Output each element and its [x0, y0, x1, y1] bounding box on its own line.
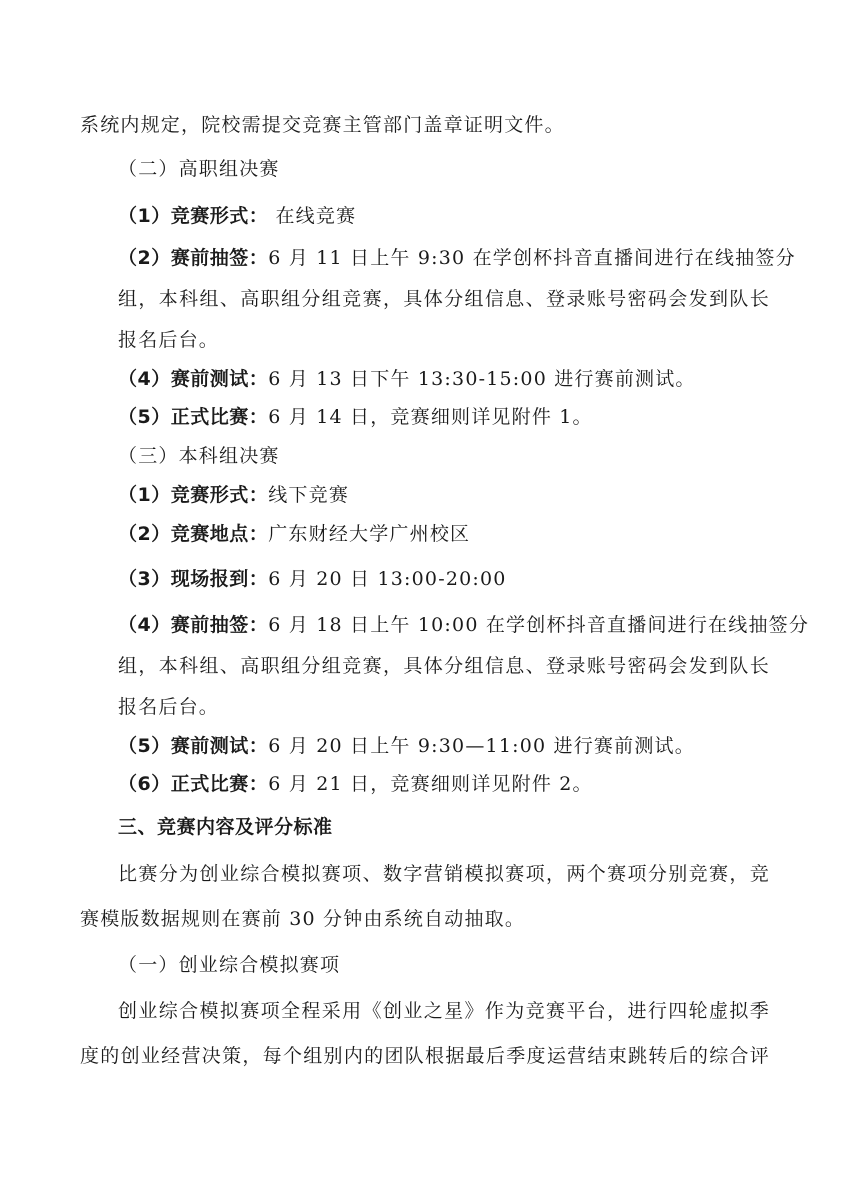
- item-text: 6 月 20 日 13:00-20:00: [268, 568, 506, 590]
- item-text: 6 月 21 日，竞赛细则详见附件 2。: [268, 773, 593, 795]
- heading-text: 三、竞赛内容及评分标准: [118, 816, 333, 838]
- item-text: 组，本科组、高职组分组竞赛，具体分组信息、登录账号密码会发到队长: [118, 288, 770, 310]
- paragraph-continuation: 系统内规定，院校需提交竞赛主管部门盖章证明文件。: [80, 113, 770, 137]
- list-item: （6）正式比赛：6 月 21 日，竞赛细则详见附件 2。: [118, 772, 593, 796]
- heading-text: （二）高职组决赛: [118, 158, 280, 180]
- section-heading-vocational-final: （二）高职组决赛: [118, 157, 280, 181]
- list-item: （4）赛前测试：6 月 13 日下午 13:30-15:00 进行赛前测试。: [118, 367, 696, 391]
- item-label: （1）竞赛形式：: [118, 484, 268, 506]
- item-label: （3）现场报到：: [118, 568, 268, 590]
- body-text: 系统内规定，院校需提交竞赛主管部门盖章证明文件。: [80, 114, 565, 136]
- list-item: （4）赛前抽签：6 月 18 日上午 10:00 在学创杯抖音直播间进行在线抽签…: [118, 613, 770, 637]
- paragraph-continuation: 度的创业经营决策，每个组别内的团队根据最后季度运营结束跳转后的综合评: [80, 1044, 770, 1068]
- item-label: （2）竞赛地点：: [118, 523, 268, 545]
- body-text: 创业综合模拟赛项全程采用《创业之星》作为竞赛平台，进行四轮虚拟季: [118, 1000, 770, 1022]
- list-item: （1）竞赛形式： 在线竞赛: [118, 204, 356, 228]
- item-label: （1）竞赛形式：: [118, 205, 268, 227]
- list-item-continuation: 报名后台。: [118, 328, 219, 352]
- heading-text: （一）创业综合模拟赛项: [118, 954, 340, 976]
- list-item-continuation: 组，本科组、高职组分组竞赛，具体分组信息、登录账号密码会发到队长: [118, 654, 770, 678]
- list-item: （2）竞赛地点：广东财经大学广州校区: [118, 522, 470, 546]
- body-text: 比赛分为创业综合模拟赛项、数字营销模拟赛项，两个赛项分别竞赛，竞: [118, 863, 770, 885]
- item-text: 组，本科组、高职组分组竞赛，具体分组信息、登录账号密码会发到队长: [118, 655, 770, 677]
- item-label: （4）赛前抽签：: [118, 614, 268, 636]
- paragraph-continuation: 赛模版数据规则在赛前 30 分钟由系统自动抽取。: [80, 907, 525, 931]
- item-text: 6 月 11 日上午 9:30 在学创杯抖音直播间进行在线抽签分: [268, 247, 796, 269]
- item-text: 6 月 14 日，竞赛细则详见附件 1。: [268, 406, 593, 428]
- item-text: 6 月 20 日上午 9:30—11:00 进行赛前测试。: [268, 735, 695, 757]
- item-text: 广东财经大学广州校区: [268, 523, 470, 545]
- section-heading-undergrad-final: （三）本科组决赛: [118, 444, 280, 468]
- item-label: （2）赛前抽签：: [118, 247, 268, 269]
- list-item-continuation: 组，本科组、高职组分组竞赛，具体分组信息、登录账号密码会发到队长: [118, 287, 770, 311]
- item-text: 报名后台。: [118, 329, 219, 351]
- list-item-continuation: 报名后台。: [118, 695, 219, 719]
- item-text: 6 月 18 日上午 10:00 在学创杯抖音直播间进行在线抽签分: [268, 614, 809, 636]
- list-item: （2）赛前抽签：6 月 11 日上午 9:30 在学创杯抖音直播间进行在线抽签分: [118, 246, 770, 270]
- heading-text: （三）本科组决赛: [118, 445, 280, 467]
- body-text: 赛模版数据规则在赛前 30 分钟由系统自动抽取。: [80, 908, 525, 930]
- chapter-heading-content-scoring: 三、竞赛内容及评分标准: [118, 815, 333, 839]
- item-text: 6 月 13 日下午 13:30-15:00 进行赛前测试。: [268, 368, 695, 390]
- item-text: 在线竞赛: [268, 205, 356, 227]
- list-item: （3）现场报到：6 月 20 日 13:00-20:00: [118, 567, 507, 591]
- paragraph: 比赛分为创业综合模拟赛项、数字营销模拟赛项，两个赛项分别竞赛，竞: [118, 862, 770, 886]
- item-label: （5）正式比赛：: [118, 406, 268, 428]
- item-label: （6）正式比赛：: [118, 773, 268, 795]
- item-text: 线下竞赛: [268, 484, 349, 506]
- section-heading-entrepreneurship: （一）创业综合模拟赛项: [118, 953, 340, 977]
- item-text: 报名后台。: [118, 696, 219, 718]
- list-item: （5）正式比赛：6 月 14 日，竞赛细则详见附件 1。: [118, 405, 593, 429]
- paragraph: 创业综合模拟赛项全程采用《创业之星》作为竞赛平台，进行四轮虚拟季: [118, 999, 770, 1023]
- body-text: 度的创业经营决策，每个组别内的团队根据最后季度运营结束跳转后的综合评: [80, 1045, 770, 1067]
- item-label: （4）赛前测试：: [118, 368, 268, 390]
- item-label: （5）赛前测试：: [118, 735, 268, 757]
- list-item: （5）赛前测试：6 月 20 日上午 9:30—11:00 进行赛前测试。: [118, 734, 695, 758]
- list-item: （1）竞赛形式：线下竞赛: [118, 483, 349, 507]
